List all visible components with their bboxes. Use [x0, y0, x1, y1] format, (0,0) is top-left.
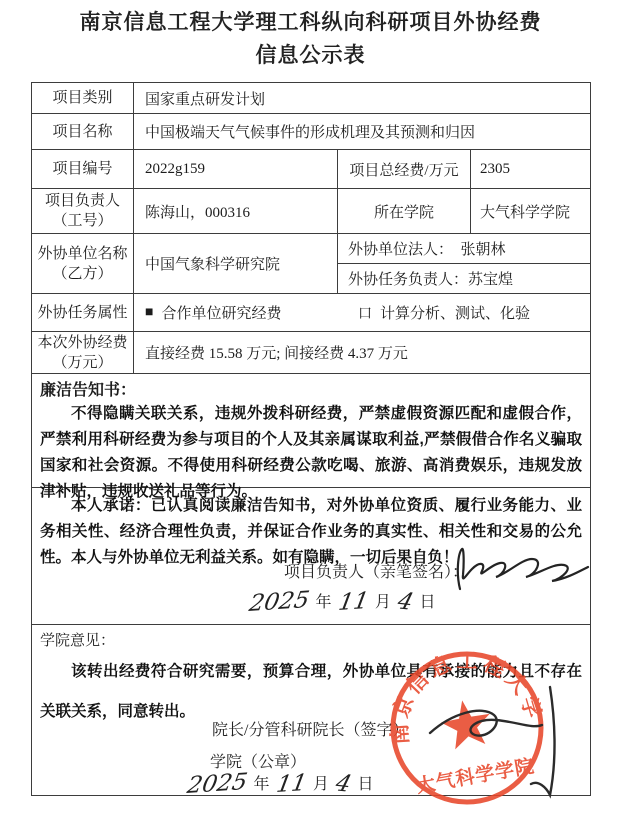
college-label: 所在学院	[338, 189, 471, 233]
option-analysis-label: 计算分析、测试、化验	[380, 302, 530, 323]
project-number-value: 2022g159	[134, 150, 338, 188]
integrity-heading: 廉洁告知书：	[32, 374, 590, 400]
partner-unit-value: 中国气象科学研究院	[134, 234, 338, 293]
dean-signature	[424, 681, 584, 811]
current-budget-value: 直接经费 15.58 万元; 间接经费 4.37 万元	[134, 332, 590, 373]
option-analysis: 口 计算分析、测试、化验	[358, 302, 530, 323]
commitment-year-handwritten: 2025	[248, 590, 311, 614]
partner-task-leader: 外协任务负责人：苏宝煌	[338, 264, 590, 293]
form-table: 项目类别 国家重点研发计划 项目名称 中国极端天气气候事件的形成机理及其预测和归…	[31, 82, 591, 796]
document-page: 南京信息工程大学理工科纵向科研项目外协经费 信息公示表 项目类别 国家重点研发计…	[0, 0, 621, 830]
college-opinion-section: 学院意见： 该转出经费符合研究需要，预算合理，外协单位具有承接的能力且不存在关联…	[32, 625, 590, 795]
college-day-handwritten: 4	[333, 773, 353, 794]
row-task-type: 外协任务属性 ■ 合作单位研究经费 口 计算分析、测试、化验	[32, 294, 590, 332]
project-name-value: 中国极端天气气候事件的形成机理及其预测和归因	[134, 114, 590, 149]
leader-signature-label: 项目负责人（亲笔签名）：	[284, 559, 468, 582]
document-title: 南京信息工程大学理工科纵向科研项目外协经费 信息公示表	[0, 6, 621, 72]
college-seal-label: 学院（公章）	[210, 749, 306, 772]
total-budget-value: 2305	[471, 150, 590, 188]
project-leader-value: 陈海山，000316	[134, 189, 338, 233]
row-project-number: 项目编号 2022g159 项目总经费/万元 2305	[32, 150, 590, 189]
college-date: 2025 年 11 月 4 日	[188, 771, 381, 794]
partner-unit-label: 外协单位名称 （乙方）	[32, 234, 134, 293]
college-value: 大气科学学院	[471, 189, 590, 233]
option-cooperation: ■ 合作单位研究经费	[145, 302, 358, 323]
current-budget-label: 本次外协经费 （万元）	[32, 332, 134, 373]
project-category-value: 国家重点研发计划	[134, 83, 590, 113]
college-month-handwritten: 11	[275, 773, 308, 795]
project-category-label: 项目类别	[32, 83, 134, 113]
commitment-section: 本人承诺：已认真阅读廉洁告知书，对外协单位资质、履行业务能力、业务相关性、经济合…	[32, 489, 590, 625]
title-line-2: 信息公示表	[0, 39, 621, 72]
project-leader-signature	[452, 545, 592, 595]
option-cooperation-label: 合作单位研究经费	[161, 302, 281, 323]
checked-checkbox-icon: ■	[145, 305, 153, 321]
row-partner-unit: 外协单位名称 （乙方） 中国气象科学研究院 外协单位法人： 张朝林 外协任务负责…	[32, 234, 590, 294]
project-leader-label: 项目负责人 （工号）	[32, 189, 134, 233]
commitment-date: 2025 年 11 月 4 日	[250, 589, 443, 612]
task-type-label: 外协任务属性	[32, 294, 134, 331]
title-line-1: 南京信息工程大学理工科纵向科研项目外协经费	[0, 6, 621, 39]
partner-legal-person: 外协单位法人： 张朝林	[338, 234, 590, 264]
project-number-label: 项目编号	[32, 150, 134, 188]
commitment-day-handwritten: 4	[395, 591, 415, 612]
college-year-handwritten: 2025	[186, 772, 249, 796]
integrity-notice-section: 廉洁告知书： 不得隐瞒关联关系，违规外拨科研经费，严禁虚假资源匹配和虚假合作，严…	[32, 374, 590, 488]
unchecked-checkbox-icon: 口	[358, 303, 372, 323]
commitment-month-handwritten: 11	[337, 591, 370, 613]
row-project-leader: 项目负责人 （工号） 陈海山，000316 所在学院 大气科学学院	[32, 189, 590, 234]
project-name-label: 项目名称	[32, 114, 134, 149]
partner-contacts: 外协单位法人： 张朝林 外协任务负责人：苏宝煌	[338, 234, 590, 293]
task-type-options: ■ 合作单位研究经费 口 计算分析、测试、化验	[134, 294, 590, 331]
row-current-budget: 本次外协经费 （万元） 直接经费 15.58 万元; 间接经费 4.37 万元	[32, 332, 590, 374]
total-budget-label: 项目总经费/万元	[338, 150, 471, 188]
dean-signature-label: 院长/分管科研院长（签字）	[212, 717, 408, 740]
row-project-category: 项目类别 国家重点研发计划	[32, 83, 590, 114]
row-project-name: 项目名称 中国极端天气气候事件的形成机理及其预测和归因	[32, 114, 590, 150]
